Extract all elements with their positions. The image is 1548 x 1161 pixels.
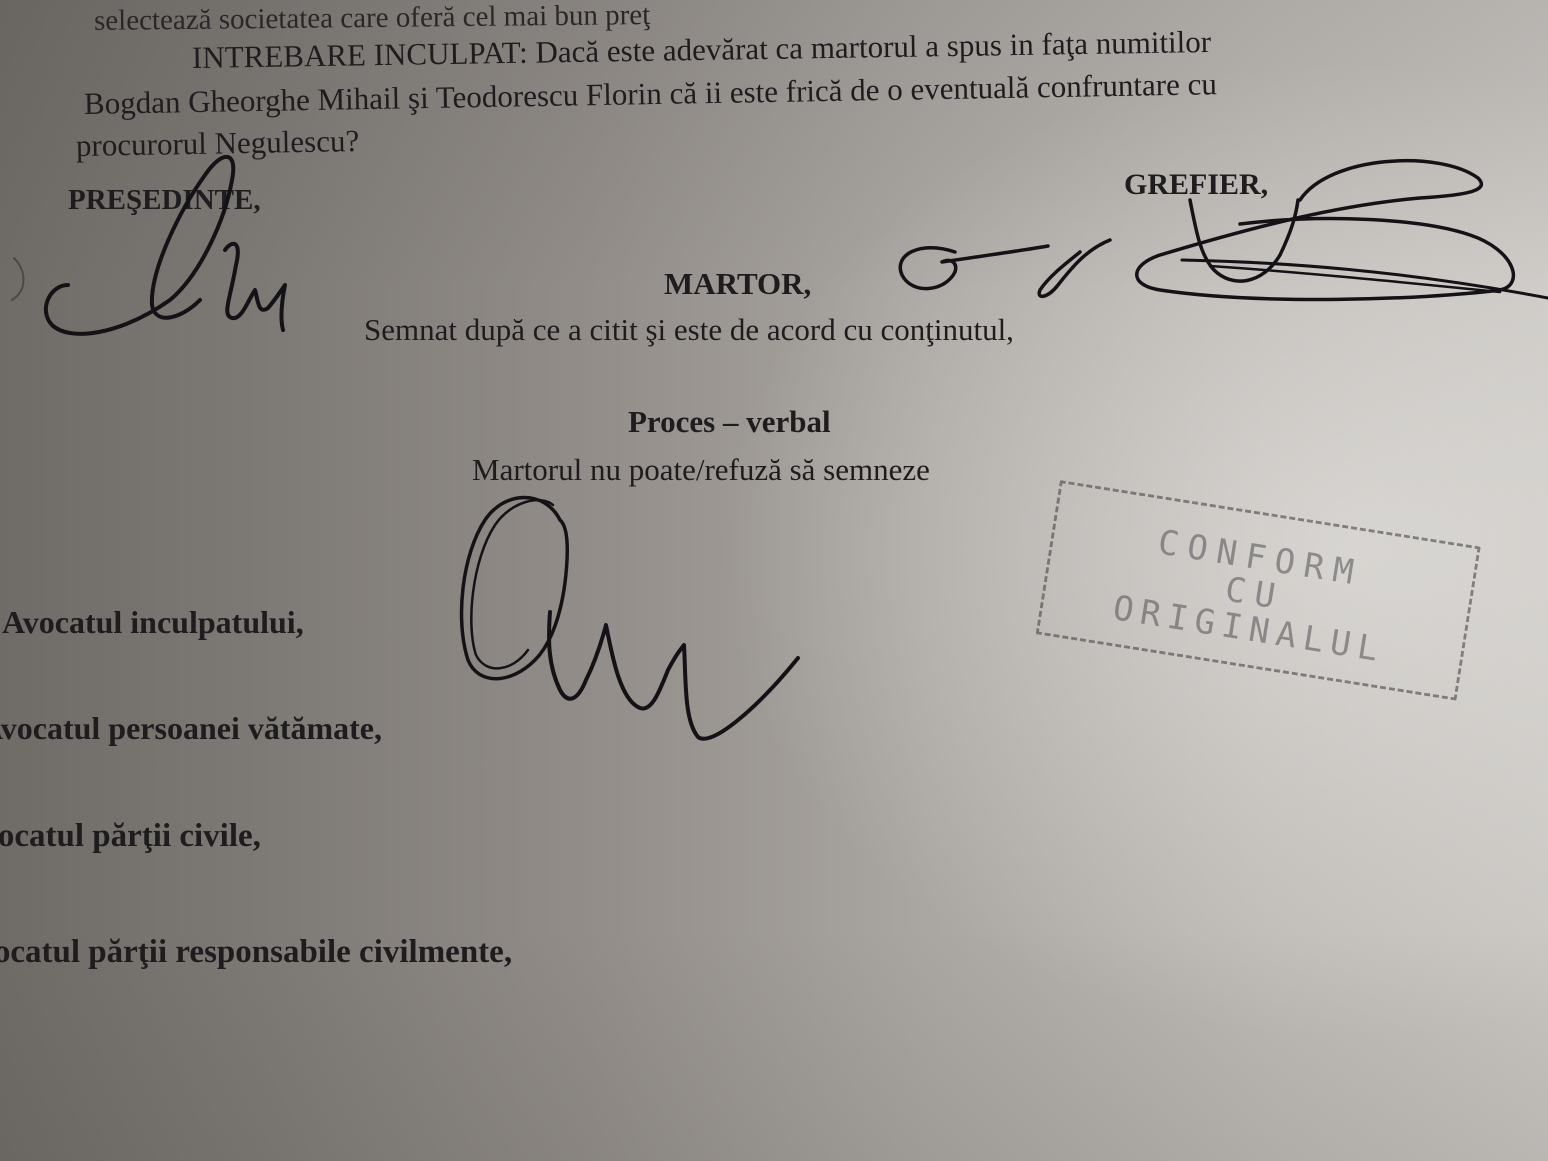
lawyer-label-parte-civila: Avocatul părţii civile, [0, 820, 261, 853]
martor-label: MARTOR, [664, 268, 811, 299]
lawyer-label-inculpat: Avocatul inculpatului, [2, 606, 304, 638]
grefier-label: GREFIER, [1124, 170, 1268, 200]
lawyer-label-parte-responsabila: Avocatul părţii responsabile civilmente, [0, 936, 512, 969]
question-line-2: Bogdan Gheorghe Mihail şi Teodorescu Flo… [84, 68, 1217, 119]
conform-cu-originalul-stamp: CONFORM CU ORIGINALUL [1027, 480, 1485, 755]
text-line-offer: selectează societatea care oferă cel mai… [94, 1, 651, 36]
faint-mark [12, 258, 24, 300]
presedinte-label: PREŞEDINTE, [68, 186, 261, 215]
avocat-inculpat-signature [462, 498, 798, 739]
proces-verbal-subtitle: Martorul nu poate/refuză să semneze [472, 454, 930, 485]
lawyer-label-persoana-vatamata: Avocatul persoanei vătămate, [0, 712, 382, 744]
martor-note: Semnat după ce a citit şi este de acord … [364, 314, 1014, 345]
martor-signature [900, 240, 1110, 296]
question-line-3: procurorul Negulescu? [76, 125, 360, 161]
proces-verbal-title: Proces – verbal [628, 406, 831, 437]
